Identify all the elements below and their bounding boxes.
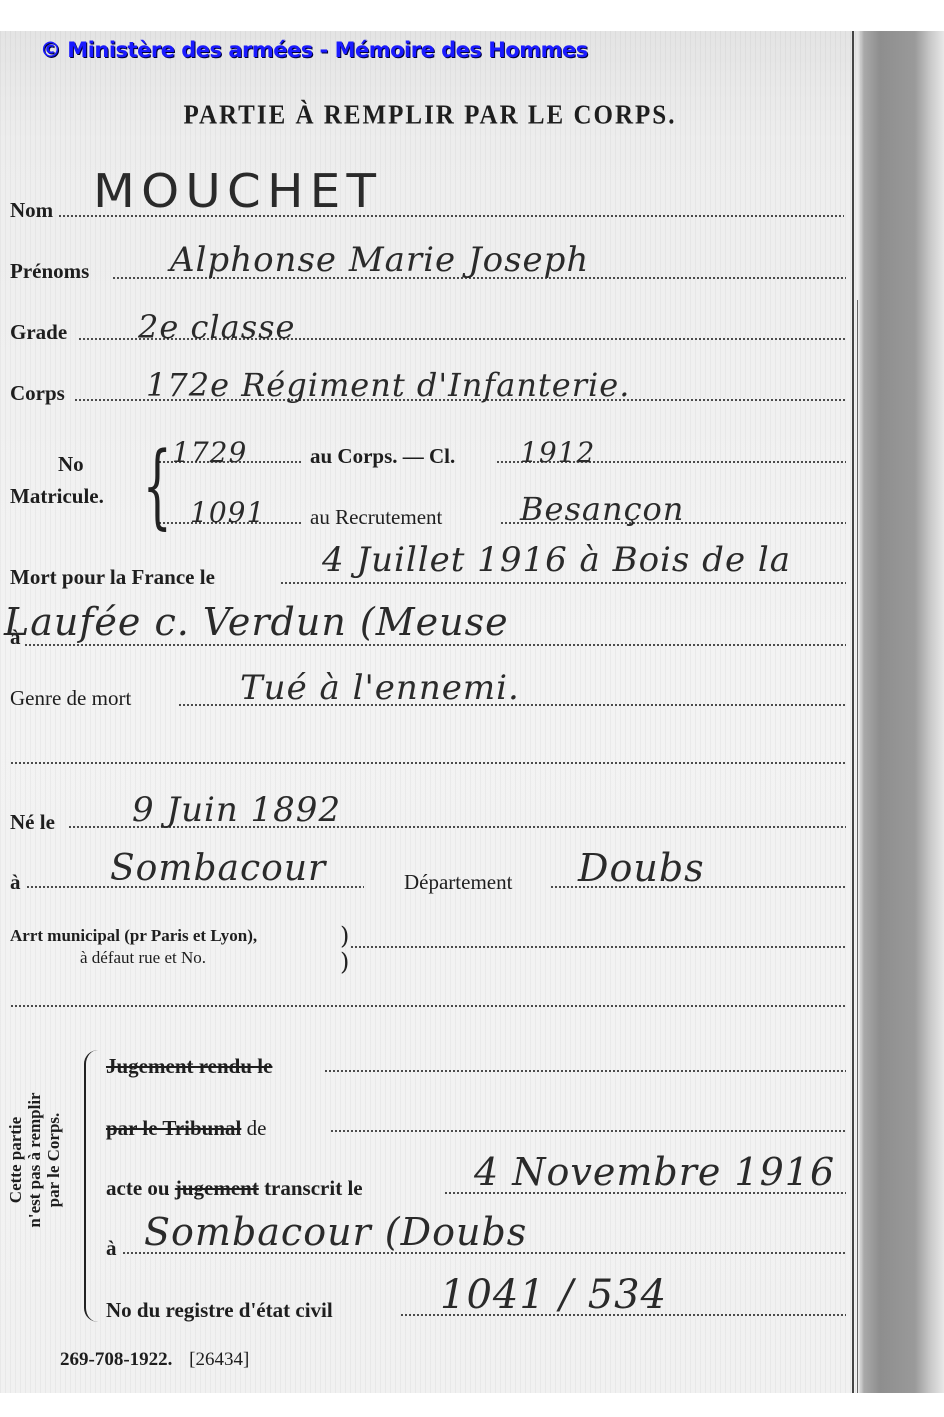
label-arrondissement-2: à défaut rue et No.	[80, 948, 206, 968]
value-prenoms: Alphonse Marie Joseph	[170, 240, 589, 280]
arrondissement-bracket-top: )	[340, 922, 349, 950]
copyright-watermark: © Ministère des armées - Mémoire des Hom…	[40, 38, 588, 62]
label-ne-le: Né le	[10, 810, 55, 835]
value-grade: 2e classe	[138, 308, 295, 346]
label-transcrit-struck: jugement	[175, 1176, 259, 1200]
value-transcrit: 4 Novembre 1916	[474, 1150, 835, 1194]
print-reference: 269-708-1922.	[60, 1349, 172, 1370]
side-note-not-for-corps: Cette partie n'est pas à remplir par le …	[6, 1060, 63, 1260]
value-matricule-corps: 1729	[172, 436, 247, 469]
value-departement: Doubs	[578, 846, 705, 890]
label-transcrit-a: à	[106, 1236, 117, 1261]
line-tribunal	[330, 1130, 846, 1132]
section-divider	[10, 1005, 846, 1007]
form-title: PARTIE À REMPLIR PAR LE CORPS.	[0, 101, 860, 132]
civil-section-brace	[84, 1050, 100, 1322]
label-jugement: Jugement rendu le	[106, 1054, 272, 1079]
print-footer: 269-708-1922. [26434]	[60, 1349, 249, 1371]
document-border-inner	[857, 300, 858, 1393]
document-border	[852, 31, 854, 1393]
label-transcrit-prefix: acte ou	[106, 1176, 170, 1200]
label-ne-a: à	[10, 870, 21, 895]
label-no: No	[58, 452, 84, 477]
value-registre: 1041 / 534	[440, 1272, 667, 1318]
value-recrutement-place: Besançon	[520, 490, 684, 528]
label-tribunal-struck: par le Tribunal	[106, 1116, 241, 1140]
label-matricule: Matricule.	[10, 484, 104, 509]
value-transcrit-a: Sombacour (Doubs	[144, 1210, 527, 1254]
line-blank	[10, 762, 846, 764]
label-nom: Nom	[10, 198, 53, 223]
side-note-line-3: par le Corps.	[44, 1060, 63, 1260]
label-prenoms: Prénoms	[10, 259, 89, 284]
label-departement: Département	[404, 870, 512, 895]
label-corps: Corps	[10, 381, 65, 406]
line-mort-lieu	[24, 644, 846, 646]
label-genre-mort: Genre de mort	[10, 686, 131, 711]
line-arrondissement	[350, 946, 846, 948]
label-transcrit: transcrit le	[264, 1176, 363, 1200]
label-transcrit-wrap: acte ou jugement transcrit le	[106, 1176, 363, 1201]
arrondissement-bracket-bottom: )	[340, 948, 349, 976]
side-note-line-2: n'est pas à remplir	[25, 1060, 44, 1260]
side-note-line-1: Cette partie	[6, 1060, 25, 1260]
line-mort	[280, 582, 846, 584]
value-mort-lieu: Laufée c. Verdun (Meuse	[4, 600, 509, 644]
print-code: [26434]	[189, 1349, 249, 1370]
label-au-corps: au Corps. — Cl.	[310, 444, 455, 469]
value-classe: 1912	[520, 436, 595, 469]
label-arrondissement-1: Arrt municipal (pr Paris et Lyon),	[10, 926, 257, 946]
label-tribunal-de: de	[247, 1116, 267, 1140]
label-tribunal-wrap: par le Tribunal de	[106, 1116, 266, 1141]
value-ne-a: Sombacour	[110, 848, 326, 889]
label-registre: No du registre d'état civil	[106, 1298, 333, 1323]
line-jugement	[324, 1070, 846, 1072]
value-genre-mort: Tué à l'ennemi.	[240, 668, 520, 708]
value-corps: 172e Régiment d'Infanterie.	[146, 366, 630, 404]
value-nom: MOUCHET	[93, 164, 382, 218]
value-mort-date-lieu: 4 Juillet 1916 à Bois de la	[322, 540, 791, 580]
label-mort: Mort pour la France le	[10, 565, 215, 590]
label-au-recrutement: au Recrutement	[310, 505, 442, 530]
label-grade: Grade	[10, 320, 67, 345]
value-matricule-recrutement: 1091	[190, 496, 265, 529]
value-ne-le: 9 Juin 1892	[132, 790, 341, 830]
